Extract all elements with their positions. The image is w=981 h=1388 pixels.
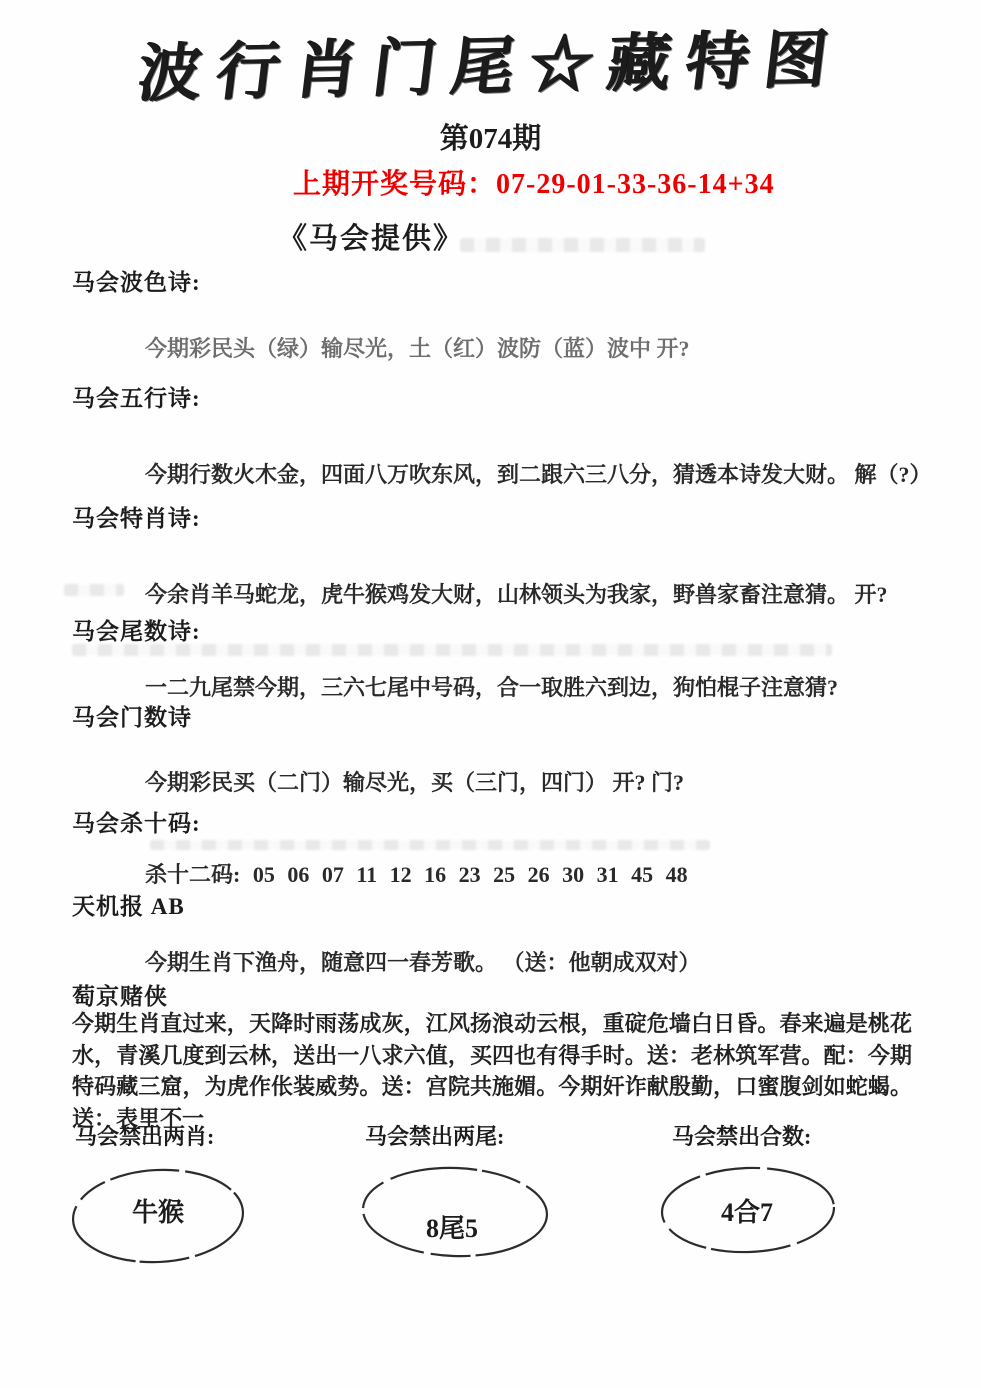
- section-heading-bose: 马会波色诗:: [72, 264, 201, 297]
- section-heading-shama: 马会杀十码:: [72, 805, 201, 838]
- scan-artifact: [460, 238, 705, 252]
- forbidden-tail-label: 马会禁出两尾:: [365, 1120, 504, 1151]
- scan-artifact: [64, 584, 124, 596]
- provider-line: 《马会提供》: [278, 216, 464, 257]
- forbidden-zodiac-value: 牛猴: [132, 1192, 184, 1229]
- kill-numbers-line: 杀十二码: 05 06 07 11 12 16 23 25 26 30 31 4…: [145, 858, 688, 889]
- issue-number: 第074期: [0, 116, 981, 157]
- forbidden-tail-value: 8尾5: [426, 1208, 478, 1245]
- section-heading-menshu: 马会门数诗: [72, 699, 192, 732]
- section-heading-wuxing: 马会五行诗:: [72, 380, 201, 413]
- section-poem-tianji: 今期生肖下渔舟，随意四一春芳歌。 （送：他朝成双对）: [145, 946, 701, 977]
- section-poem-wuxing: 今期行数火木金，四面八万吹东风，到二跟六三八分，猜透本诗发大财。 解（?）: [145, 458, 932, 489]
- section-poem-menshu: 今期彩民买（二门）输尽光，买（三门，四门） 开? 门?: [145, 766, 684, 797]
- dujia-paragraph: 今期生肖直过来，天降时雨荡成灰，江风扬浪动云根，重碇危墙白日昏。春来遍是桃花水，…: [72, 1008, 912, 1134]
- section-poem-texiao: 今余肖羊马蛇龙，虎牛猴鸡发大财，山林领头为我家，野兽家畜注意猜。 开?: [145, 578, 888, 609]
- forbidden-sum-value: 4合7: [721, 1192, 773, 1229]
- section-poem-bose: 今期彩民头（绿）输尽光，土（红）波防（蓝）波中 开?: [145, 332, 690, 363]
- tip-sheet-page: 波行肖门尾☆藏特图 第074期 上期开奖号码：07-29-01-33-36-14…: [0, 0, 981, 1388]
- scan-artifact: [150, 840, 710, 850]
- page-title: 波行肖门尾☆藏特图: [0, 6, 981, 118]
- section-heading-dujia: 萄京赌侠: [72, 978, 168, 1011]
- forbidden-zodiac-label: 马会禁出两肖:: [75, 1120, 214, 1151]
- section-heading-tianji: 天机报 AB: [72, 888, 185, 921]
- forbidden-sum-label: 马会禁出合数:: [672, 1120, 811, 1151]
- section-poem-weishu: 一二九尾禁今期，三六七尾中号码，合一取胜六到边，狗怕棍子注意猜?: [145, 671, 838, 702]
- last-draw-numbers: 上期开奖号码：07-29-01-33-36-14+34: [293, 162, 775, 202]
- section-heading-weishu: 马会尾数诗:: [72, 613, 201, 646]
- section-heading-texiao: 马会特肖诗:: [72, 500, 201, 533]
